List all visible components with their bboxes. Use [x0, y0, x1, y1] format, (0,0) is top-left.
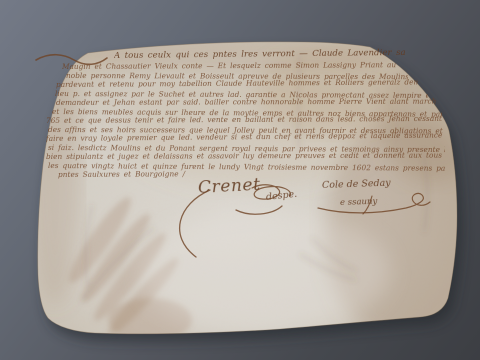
- manuscript-line: demandeur et Jehan estant par said. bail…: [56, 97, 436, 108]
- signature-right-small: e ssauny: [340, 197, 378, 208]
- signature-right-name: Cole de Seday: [322, 178, 391, 191]
- photograph-of-manuscript: A tous ceulx qui ces pntes lres verront …: [0, 0, 480, 360]
- manuscript-line: faire en vray loyale premier que led. ve…: [46, 131, 445, 144]
- manuscript-line: pardevant et retenu pour moy tabellion C…: [56, 77, 418, 90]
- manuscript-text-block: A tous ceulx qui ces pntes lres verront …: [0, 0, 480, 360]
- manuscript-line: 765 et ce que dessus tenir et faire led.…: [46, 114, 445, 126]
- signature-center-small: despe.: [265, 189, 297, 203]
- signature-left-name: Crenet: [197, 175, 261, 198]
- manuscript-line: bien stipulantz et jugez et delaissans e…: [46, 151, 445, 162]
